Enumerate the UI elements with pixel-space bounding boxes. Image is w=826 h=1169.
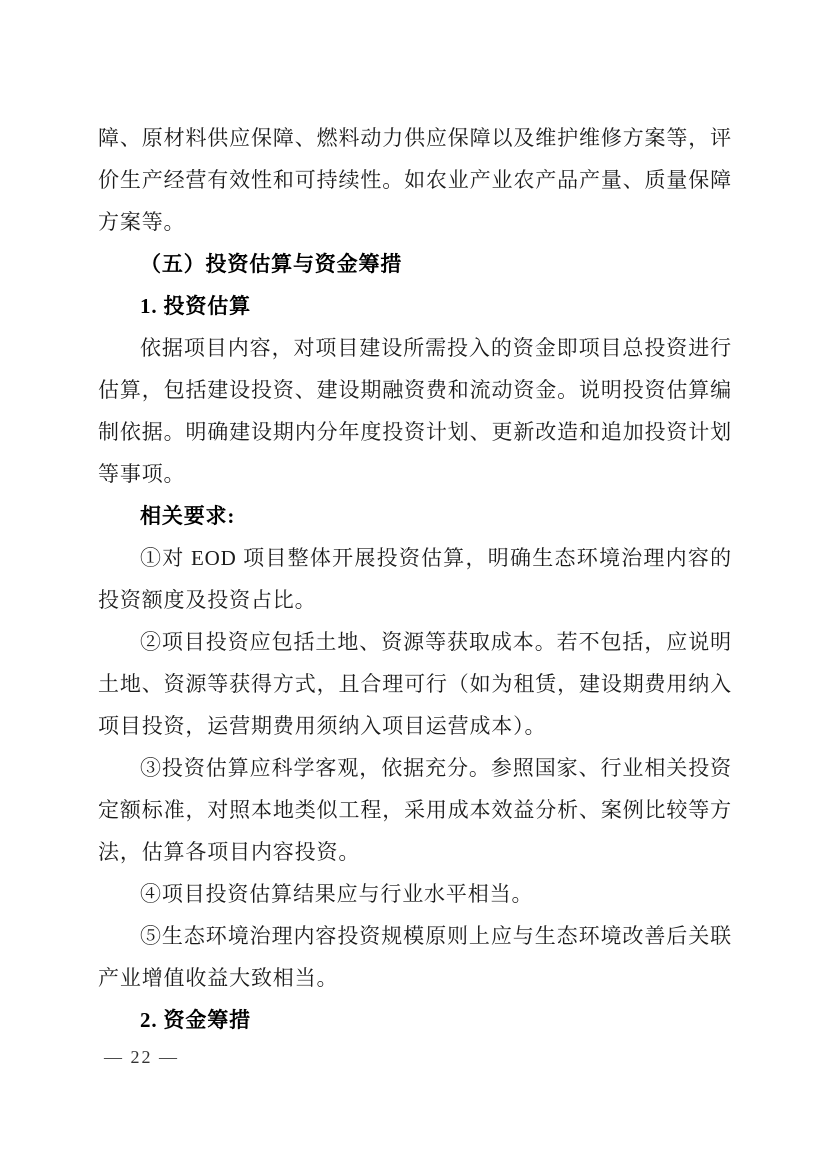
document-page: 障、原材料供应保障、燃料动力供应保障以及维护维修方案等，评价生产经营有效性和可持… (0, 0, 826, 1169)
subsection-heading-investment-estimate: 1. 投资估算 (98, 285, 732, 327)
requirement-item-3: ③投资估算应科学客观，依据充分。参照国家、行业相关投资定额标准，对照本地类似工程… (98, 747, 732, 873)
requirement-item-4: ④项目投资估算结果应与行业水平相当。 (98, 873, 732, 915)
paragraph-investment-estimate: 依据项目内容，对项目建设所需投入的资金即项目总投资进行估算，包括建设投资、建设期… (98, 327, 732, 495)
document-content: 障、原材料供应保障、燃料动力供应保障以及维护维修方案等，评价生产经营有效性和可持… (98, 117, 732, 1041)
paragraph-continuation: 障、原材料供应保障、燃料动力供应保障以及维护维修方案等，评价生产经营有效性和可持… (98, 117, 732, 243)
requirement-item-1: ①对 EOD 项目整体开展投资估算，明确生态环境治理内容的投资额度及投资占比。 (98, 537, 732, 621)
subsection-heading-funding: 2. 资金筹措 (98, 999, 732, 1041)
requirement-item-5: ⑤生态环境治理内容投资规模原则上应与生态环境改善后关联产业增值收益大致相当。 (98, 915, 732, 999)
page-footer: — 22 — (104, 1046, 179, 1068)
page-number: — 22 — (104, 1047, 179, 1067)
requirements-label: 相关要求: (98, 495, 732, 537)
section-heading: （五）投资估算与资金筹措 (98, 243, 732, 285)
requirement-item-2: ②项目投资应包括土地、资源等获取成本。若不包括，应说明土地、资源等获得方式，且合… (98, 621, 732, 747)
